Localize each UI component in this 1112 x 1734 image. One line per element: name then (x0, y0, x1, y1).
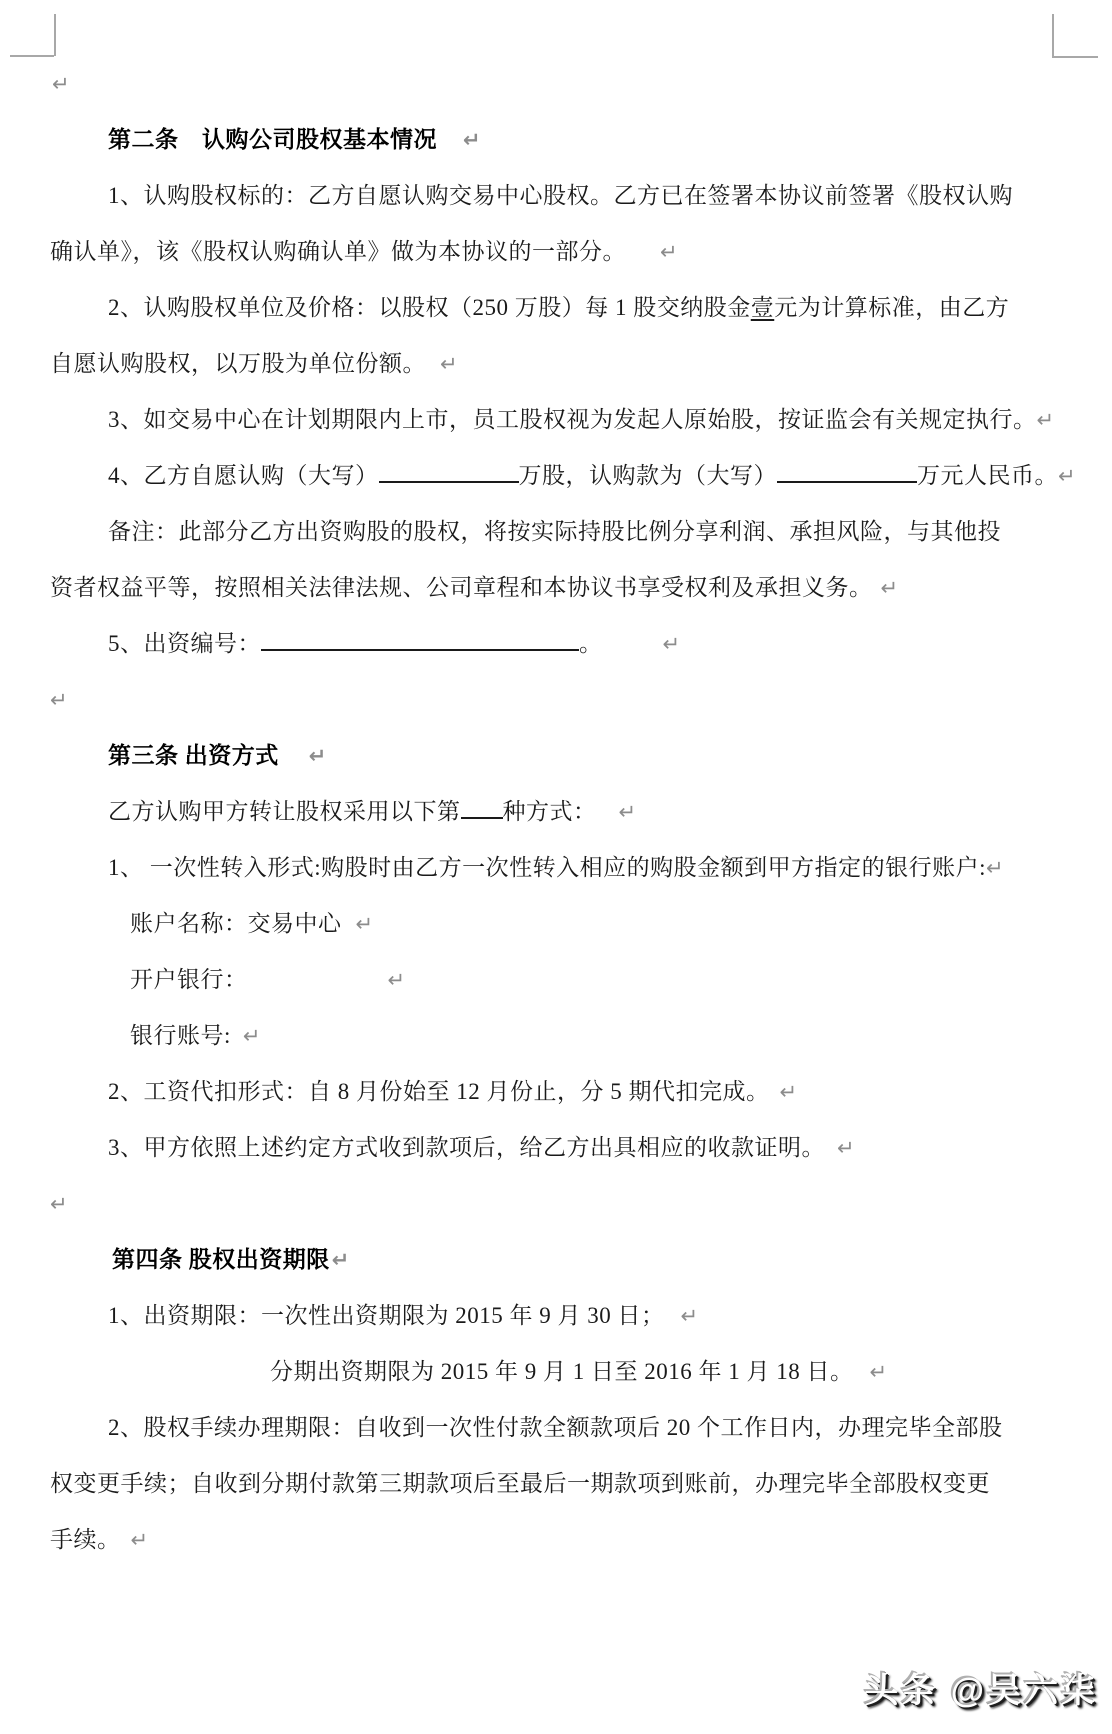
paragraph-line: 2、认购股权单位及价格：以股权（250 万股）每 1 股交纳股金壹元为计算标准，… (108, 280, 1062, 336)
pilcrow-mark: ↵ (243, 1024, 261, 1048)
pilcrow-mark: ↵ (1037, 408, 1055, 432)
section-heading: 第四条 股权出资期限↵ (112, 1232, 1062, 1288)
document-content: ↵第二条 认购公司股权基本情况↵1、认购股权标的：乙方自愿认购交易中心股权。乙方… (50, 0, 1062, 1568)
pilcrow-mark: ↵ (663, 632, 681, 656)
paragraph-line: 2、工资代扣形式：自 8 月份始至 12 月份止，分 5 期代扣完成。↵ (108, 1064, 1062, 1120)
paragraph-line: 3、如交易中心在计划期限内上市，员工股权视为发起人原始股，按证监会有关规定执行。… (108, 392, 1062, 448)
blank-underline (777, 458, 917, 483)
pilcrow-mark: ↵ (681, 1304, 699, 1328)
pilcrow-mark: ↵ (463, 128, 481, 152)
paragraph-line: 5、出资编号：。↵ (108, 616, 1062, 672)
text-run: 4、乙方自愿认购（大写） (108, 463, 379, 488)
text-run: 权变更手续；自收到分期付款第三期款项后至最后一期款项到账前，办理完毕全部股权变更 (50, 1471, 990, 1496)
text-run: 1、出资期限：一次性出资期限为 2015 年 9 月 30 日； (108, 1303, 665, 1328)
paragraph-line: 1、出资期限：一次性出资期限为 2015 年 9 月 30 日；↵ (108, 1288, 1062, 1344)
text-run: 种方式： (503, 799, 597, 824)
blank-underline (379, 458, 519, 483)
text-run: 乙方认购甲方转让股权采用以下第 (108, 799, 461, 824)
blank-underline (461, 794, 503, 819)
paragraph-line: 自愿认购股权，以万股为单位份额。↵ (50, 336, 1062, 392)
paragraph-line: 银行账号:↵ (130, 1008, 1062, 1064)
pilcrow-mark: ↵ (50, 1192, 68, 1216)
paragraph-line: 2、股权手续办理期限：自收到一次性付款全额款项后 20 个工作日内，办理完毕全部… (108, 1400, 1062, 1456)
text-run: 万股，认购款为（大写） (519, 463, 778, 488)
empty-paragraph: ↵ (52, 56, 1062, 112)
text-run: 第二条 认购公司股权基本情况 (108, 127, 437, 152)
paragraph-line: 备注：此部分乙方出资购股的股权，将按实际持股比例分享利润、承担风险，与其他投 (108, 504, 1062, 560)
pilcrow-mark: ↵ (881, 576, 899, 600)
text-run: 2、股权手续办理期限：自收到一次性付款全额款项后 20 个工作日内，办理完毕全部… (108, 1415, 1003, 1440)
text-run: 3、甲方依照上述约定方式收到款项后，给乙方出具相应的收款证明。 (108, 1135, 825, 1160)
pilcrow-mark: ↵ (356, 912, 374, 936)
pilcrow-mark: ↵ (131, 1528, 149, 1552)
text-run: 3、如交易中心在计划期限内上市，员工股权视为发起人原始股，按证监会有关规定执行。 (108, 407, 1037, 432)
section-heading: 第二条 认购公司股权基本情况↵ (108, 112, 1062, 168)
paragraph-line: 1、认购股权标的：乙方自愿认购交易中心股权。乙方已在签署本协议前签署《股权认购 (108, 168, 1062, 224)
text-run: 1、认购股权标的：乙方自愿认购交易中心股权。乙方已在签署本协议前签署《股权认购 (108, 183, 1013, 208)
text-run: 银行账号: (130, 1023, 231, 1048)
pilcrow-mark: ↵ (388, 968, 406, 992)
text-run: 账户名称：交易中心 (130, 911, 342, 936)
paragraph-line: 乙方认购甲方转让股权采用以下第种方式：↵ (108, 784, 1062, 840)
paragraph-line: 1、 一次性转入形式:购股时由乙方一次性转入相应的购股金额到甲方指定的银行账户:… (108, 840, 1062, 896)
paragraph-line: 手续。↵ (50, 1512, 1062, 1568)
text-run: 确认单》，该《股权认购确认单》做为本协议的一部分。 (50, 239, 626, 264)
pilcrow-mark: ↵ (50, 688, 68, 712)
text-run: 手续。 (50, 1527, 121, 1552)
text-run: 自愿认购股权，以万股为单位份额。 (50, 351, 426, 376)
pilcrow-mark: ↵ (1058, 464, 1076, 488)
text-run: 开户银行： (130, 967, 248, 992)
margin-crop-mark-top-left-horizontal (10, 55, 54, 57)
paragraph-line: 权变更手续；自收到分期付款第三期款项后至最后一期款项到账前，办理完毕全部股权变更 (50, 1456, 1062, 1512)
empty-paragraph: ↵ (50, 1176, 1062, 1232)
text-run: 1、 一次性转入形式:购股时由乙方一次性转入相应的购股金额到甲方指定的银行账户: (108, 855, 986, 880)
pilcrow-mark: ↵ (440, 352, 458, 376)
pilcrow-mark: ↵ (870, 1360, 888, 1384)
text-run: 第四条 股权出资期限 (112, 1247, 330, 1272)
paragraph-line: 开户银行：↵ (130, 952, 1062, 1008)
section-heading: 第三条 出资方式↵ (108, 728, 1062, 784)
text-run: 备注：此部分乙方出资购股的股权，将按实际持股比例分享利润、承担风险，与其他投 (108, 519, 1001, 544)
underlined-text: 壹 (751, 295, 775, 320)
pilcrow-mark: ↵ (309, 744, 327, 768)
text-run: 。 (579, 631, 603, 656)
pilcrow-mark: ↵ (660, 240, 678, 264)
paragraph-line: 资者权益平等，按照相关法律法规、公司章程和本协议书享受权利及承担义务。↵ (50, 560, 1062, 616)
paragraph-line: 4、乙方自愿认购（大写）万股，认购款为（大写）万元人民币。↵ (108, 448, 1062, 504)
text-run: 2、工资代扣形式：自 8 月份始至 12 月份止，分 5 期代扣完成。 (108, 1079, 770, 1104)
paragraph-line: 分期出资期限为 2015 年 9 月 1 日至 2016 年 1 月 18 日。… (270, 1344, 1062, 1400)
pilcrow-mark: ↵ (780, 1080, 798, 1104)
watermark: 头条 @吴六柒 (864, 1663, 1098, 1712)
document-page: ↵第二条 认购公司股权基本情况↵1、认购股权标的：乙方自愿认购交易中心股权。乙方… (0, 0, 1112, 1734)
pilcrow-mark: ↵ (986, 856, 1004, 880)
text-run: 5、出资编号： (108, 631, 261, 656)
paragraph-line: 确认单》，该《股权认购确认单》做为本协议的一部分。↵ (50, 224, 1062, 280)
blank-underline (261, 626, 579, 651)
empty-paragraph: ↵ (50, 672, 1062, 728)
text-run: 2、认购股权单位及价格：以股权（250 万股）每 1 股交纳股金 (108, 295, 751, 320)
text-run: 元为计算标准，由乙方 (774, 295, 1009, 320)
pilcrow-mark: ↵ (837, 1136, 855, 1160)
text-run: 资者权益平等，按照相关法律法规、公司章程和本协议书享受权利及承担义务。 (50, 575, 873, 600)
paragraph-line: 账户名称：交易中心↵ (130, 896, 1062, 952)
text-run: 万元人民币。 (917, 463, 1058, 488)
paragraph-line: 3、甲方依照上述约定方式收到款项后，给乙方出具相应的收款证明。↵ (108, 1120, 1062, 1176)
pilcrow-mark: ↵ (52, 72, 70, 96)
pilcrow-mark: ↵ (619, 800, 637, 824)
text-run: 第三条 出资方式 (108, 743, 279, 768)
pilcrow-mark: ↵ (332, 1248, 350, 1272)
text-run: 分期出资期限为 2015 年 9 月 1 日至 2016 年 1 月 18 日。 (270, 1359, 854, 1384)
